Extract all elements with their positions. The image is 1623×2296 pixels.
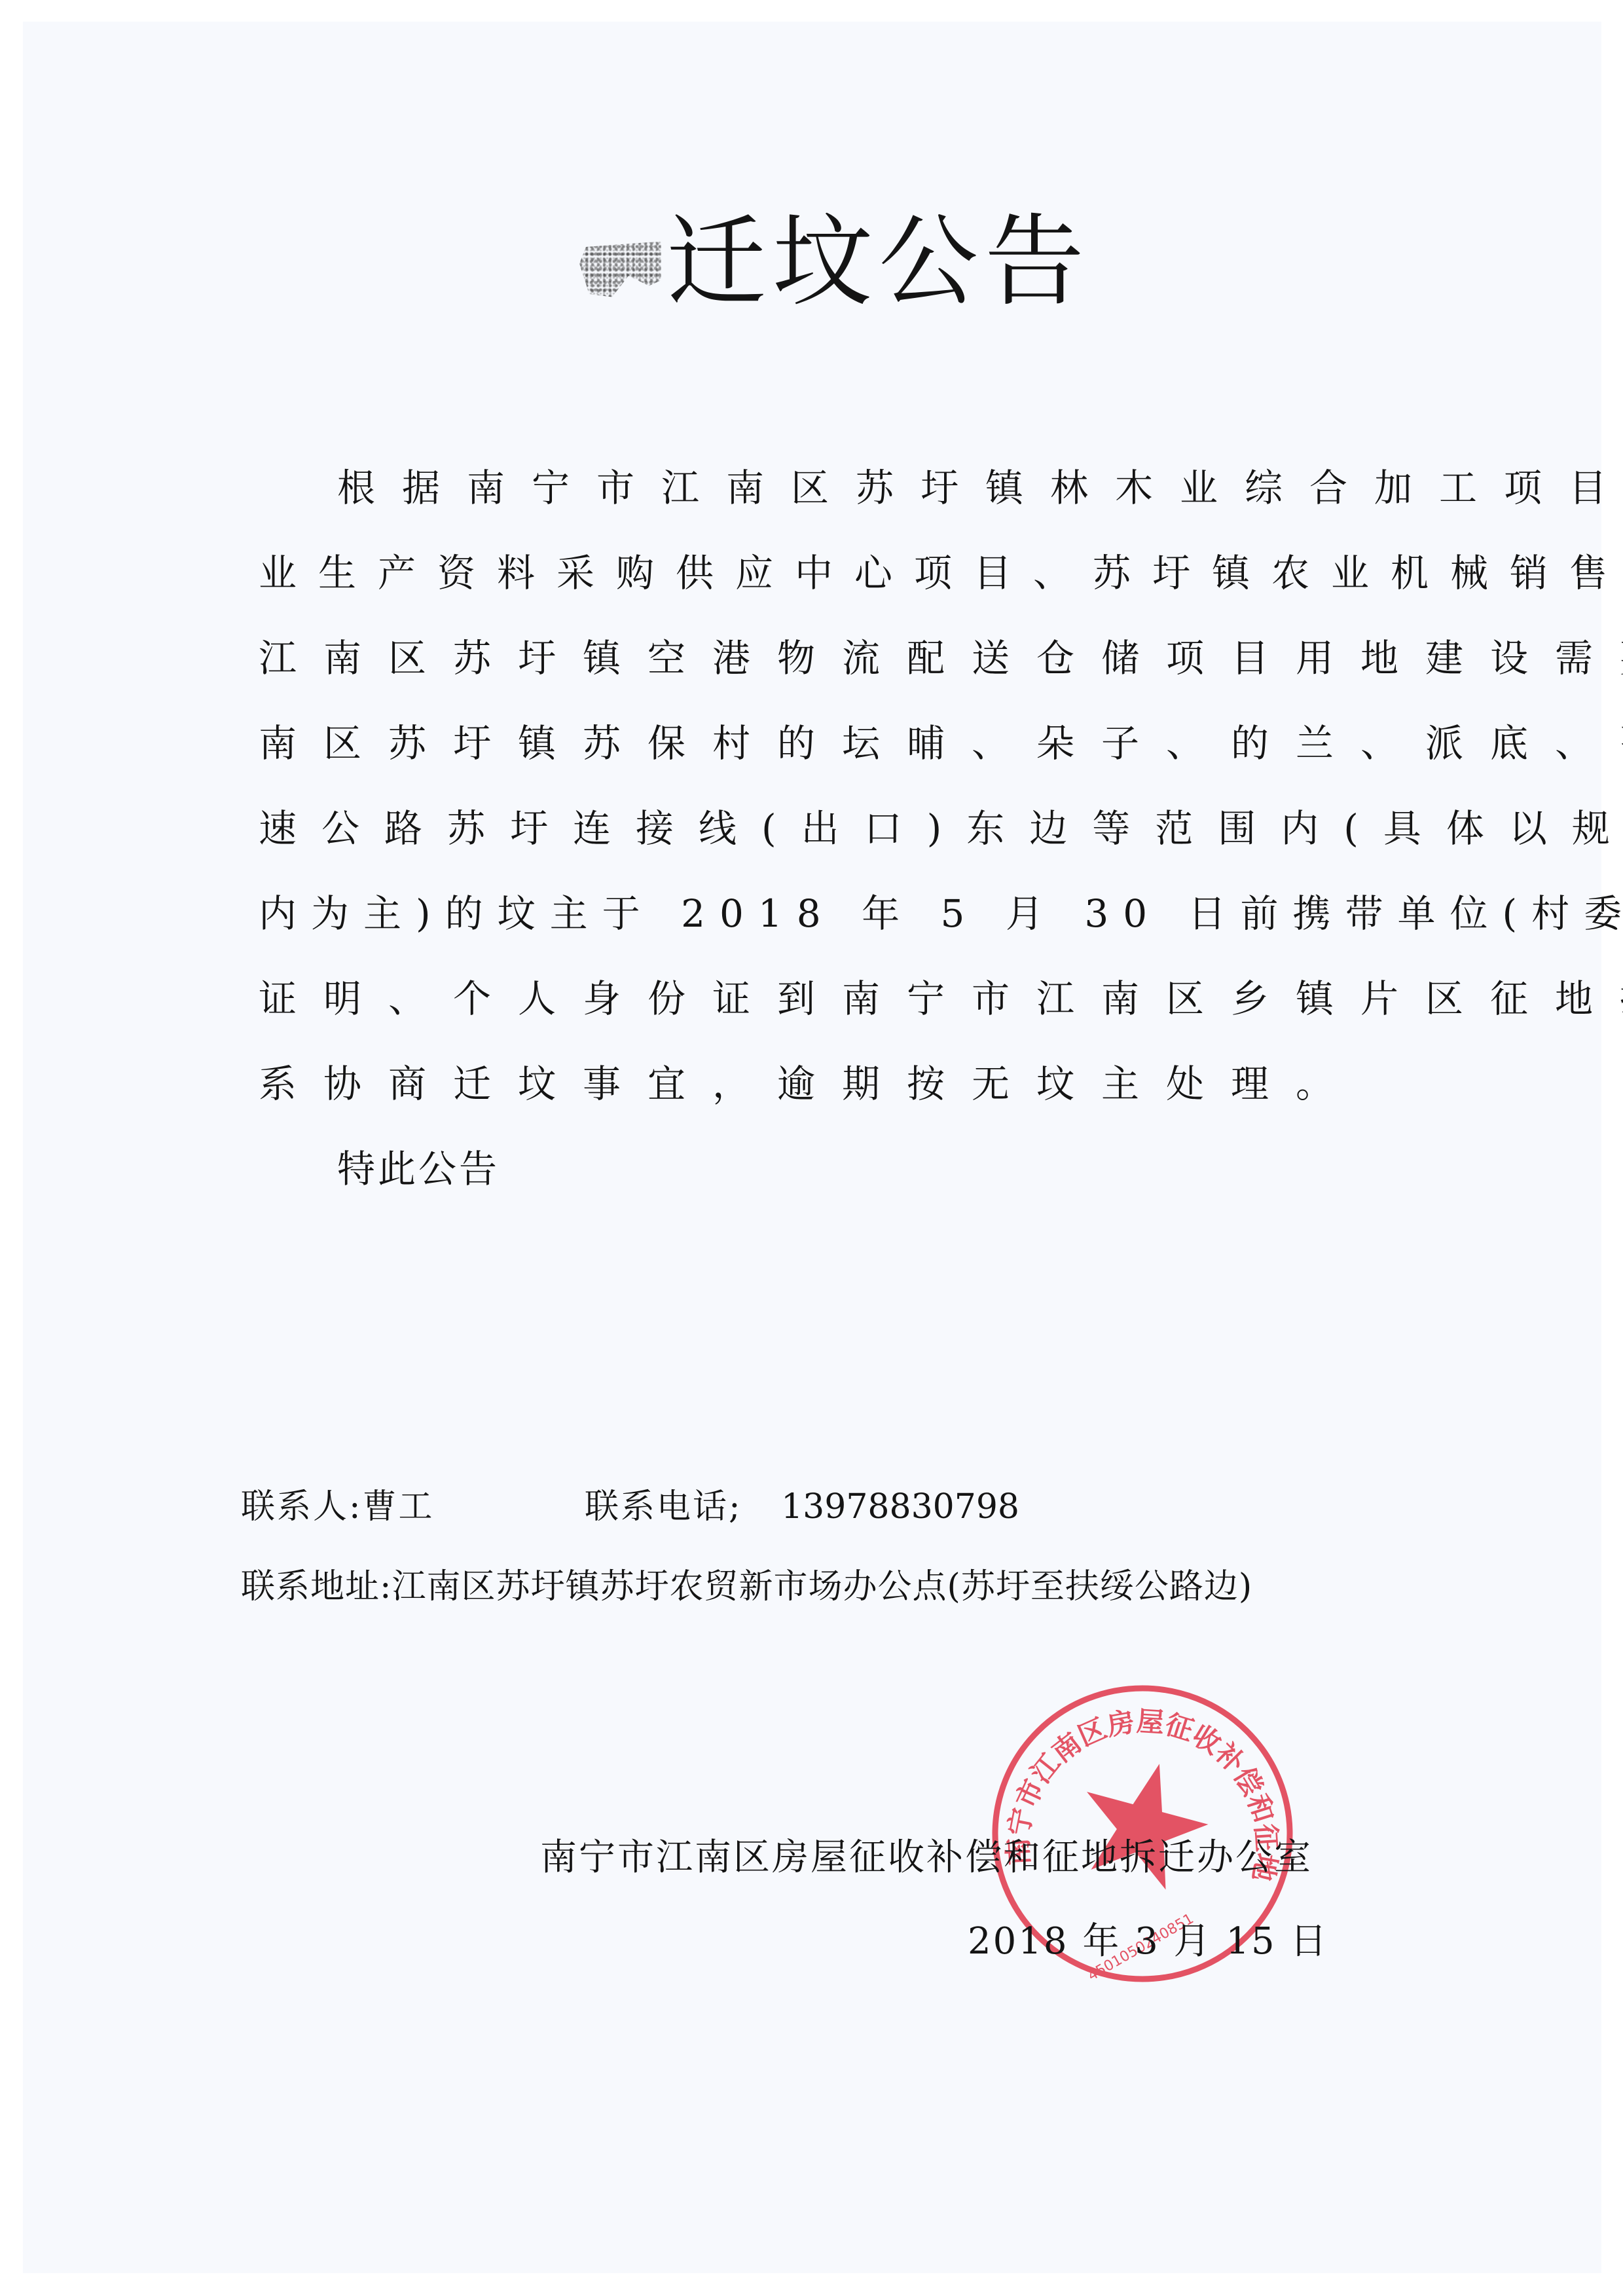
- body-line: 速公路苏圩连接线(出口)东边等范围内(具体以规划红线范围: [259, 786, 1385, 871]
- body-line: 南区苏圩镇苏保村的坛晡、朵子、的兰、派底、张瑶等南友高: [259, 701, 1385, 786]
- contact-address-value: 江南区苏圩镇苏圩农贸新市场办公点(苏圩至扶绥公路边): [392, 1567, 1253, 1606]
- issuing-organization: 南宁市江南区房屋征收补偿和征地拆迁办公室: [540, 1828, 1313, 1881]
- contact-person-name: 曹工: [363, 1487, 435, 1527]
- body-line: 业生产资料采购供应中心项目、苏圩镇农业机械销售中心项目、: [259, 530, 1385, 616]
- contact-address: 联系地址:江南区苏圩镇苏圩农贸新市场办公点(苏圩至扶绥公路边): [241, 1559, 1252, 1608]
- body-line: 内为主)的坟主于 2018 年 5 月 30 日前携带单位(村委、居委会): [259, 871, 1385, 956]
- redacted-title-prefix: [579, 242, 661, 297]
- contact-address-label: 联系地址:: [241, 1567, 392, 1606]
- body-line: 证明、个人身份证到南宁市江南区乡镇片区征地拆迁工作组联: [259, 956, 1385, 1041]
- body-line: 根据南宁市江南区苏圩镇林木业综合加工项目、苏圩镇农: [259, 445, 1385, 530]
- notice-body: 根据南宁市江南区苏圩镇林木业综合加工项目、苏圩镇农 业生产资料采购供应中心项目、…: [259, 445, 1385, 1212]
- contact-person: 联系人:曹工: [241, 1479, 435, 1528]
- contact-phone-label: 联系电话;: [585, 1487, 742, 1527]
- body-line: 江南区苏圩镇空港物流配送仓储项目用地建设需要，请位于江: [259, 616, 1385, 701]
- contact-person-label: 联系人:: [241, 1487, 363, 1527]
- document-title: 迁坟公告: [666, 212, 1091, 312]
- title-block: 迁坟公告: [579, 196, 1091, 327]
- contact-phone-number: 13978830798: [781, 1487, 1019, 1527]
- issue-date: 2018 年 3 月 15 日: [968, 1912, 1328, 1965]
- contact-phone: 联系电话; 13978830798: [585, 1479, 1019, 1528]
- closing-line: 特此公告: [259, 1126, 1385, 1212]
- body-line: 系协商迁坟事宜，逾期按无坟主处理。: [259, 1041, 1385, 1126]
